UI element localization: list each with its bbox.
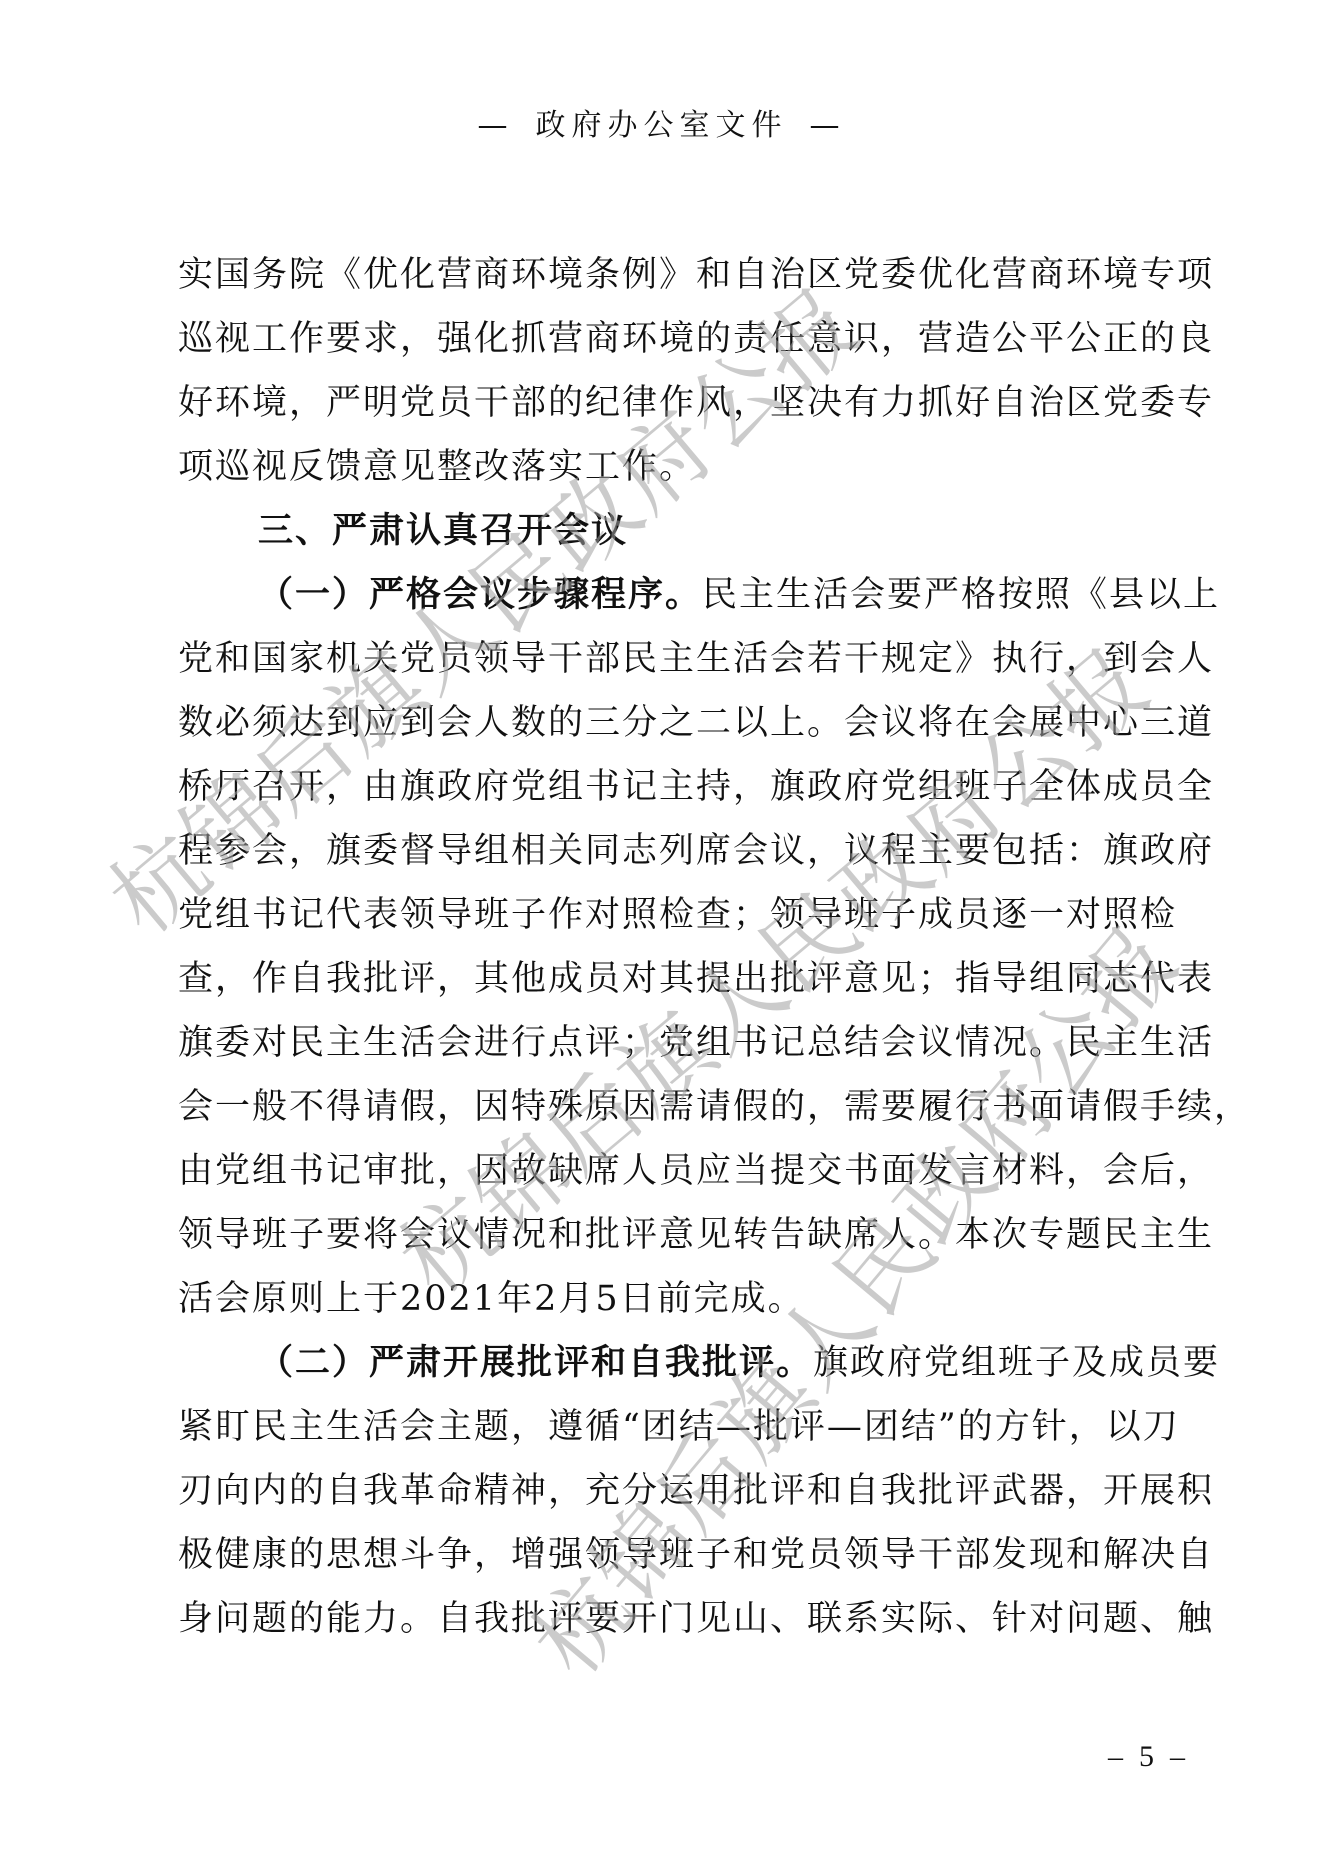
subsection-2-first-line: （二）严肃开展批评和自我批评。旗政府党组班子及成员要 xyxy=(178,1338,1158,1402)
paragraph-line: 身问题的能力。自我批评要开门见山、联系实际、针对问题、触 xyxy=(178,1594,1158,1658)
paragraph-line: 项巡视反馈意见整改落实工作。 xyxy=(178,442,1158,506)
header-dash-left: — xyxy=(478,108,514,143)
subsection-1-first-line: （一）严格会议步骤程序。民主生活会要严格按照《县以上 xyxy=(178,570,1158,634)
footer-dash-right: – xyxy=(1170,1740,1185,1773)
paragraph-line: 领导班子要将会议情况和批评意见转告缺席人。本次专题民主生 xyxy=(178,1210,1158,1274)
page-number: 5 xyxy=(1139,1740,1154,1773)
paragraph-line: 桥厅召开，由旗政府党组书记主持，旗政府党组班子全体成员全 xyxy=(178,762,1158,826)
paragraph-line: 刃向内的自我革命精神，充分运用批评和自我批评武器，开展积 xyxy=(178,1466,1158,1530)
page-footer: –5– xyxy=(1100,1740,1193,1774)
subsection-2-heading: （二）严肃开展批评和自我批评。 xyxy=(258,1343,813,1383)
document-page: —政府办公室文件— 实国务院《优化营商环境条例》和自治区党委优化营商环境专项 巡… xyxy=(0,0,1323,1871)
document-body: 实国务院《优化营商环境条例》和自治区党委优化营商环境专项 巡视工作要求，强化抓营… xyxy=(178,250,1158,1658)
header-title: 政府办公室文件 xyxy=(536,108,788,143)
paragraph-line: 好环境，严明党员干部的纪律作风，坚决有力抓好自治区党委专 xyxy=(178,378,1158,442)
paragraph-line: 会一般不得请假，因特殊原因需请假的，需要履行书面请假手续， xyxy=(178,1082,1158,1146)
paragraph-line: 查，作自我批评，其他成员对其提出批评意见；指导组同志代表 xyxy=(178,954,1158,1018)
paragraph-line: 实国务院《优化营商环境条例》和自治区党委优化营商环境专项 xyxy=(178,250,1158,314)
paragraph-line: 数必须达到应到会人数的三分之二以上。会议将在会展中心三道 xyxy=(178,698,1158,762)
paragraph-line: 党和国家机关党员领导干部民主生活会若干规定》执行，到会人 xyxy=(178,634,1158,698)
paragraph-line: 活会原则上于2021年2月5日前完成。 xyxy=(178,1274,1158,1338)
subsection-2-text: 旗政府党组班子及成员要 xyxy=(813,1343,1220,1383)
page-header: —政府办公室文件— xyxy=(0,100,1323,144)
paragraph-line: 程参会，旗委督导组相关同志列席会议，议程主要包括：旗政府 xyxy=(178,826,1158,890)
paragraph-line: 由党组书记审批，因故缺席人员应当提交书面发言材料，会后， xyxy=(178,1146,1158,1210)
section-heading: 三、严肃认真召开会议 xyxy=(178,506,1158,570)
subsection-1-heading: （一）严格会议步骤程序。 xyxy=(258,575,702,615)
paragraph-line: 巡视工作要求，强化抓营商环境的责任意识，营造公平公正的良 xyxy=(178,314,1158,378)
paragraph-line: 党组书记代表领导班子作对照检查；领导班子成员逐一对照检 xyxy=(178,890,1158,954)
header-dash-right: — xyxy=(810,108,846,143)
subsection-1-text: 民主生活会要严格按照《县以上 xyxy=(702,575,1220,615)
paragraph-line: 紧盯民主生活会主题，遵循“团结—批评—团结”的方针，以刀 xyxy=(178,1402,1158,1466)
paragraph-line: 旗委对民主生活会进行点评；党组书记总结会议情况。民主生活 xyxy=(178,1018,1158,1082)
paragraph-line: 极健康的思想斗争，增强领导班子和党员领导干部发现和解决自 xyxy=(178,1530,1158,1594)
footer-dash-left: – xyxy=(1108,1740,1123,1773)
